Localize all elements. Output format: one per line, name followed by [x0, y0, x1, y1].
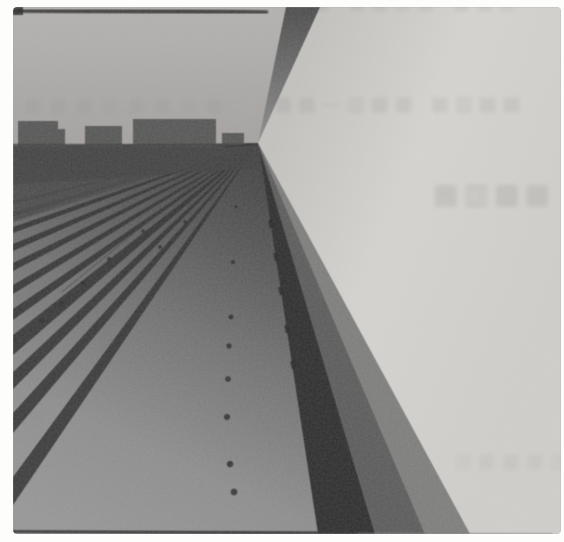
roof-photograph: ▥▦▩ ▦▥▦▩ ▦▥▦▥▩▦▥▦▩▦▩▦▥▦ ▦▩▥—▦▩▦▩▥▦▥▦▩▦▥ — [13, 7, 561, 534]
scanned-book-page: ▥▦▩ ▦▥▦▩ ▦▥▦▥▩▦▥▦▩▦▩▦▥▦ ▦▩▥—▦▩▦▩▥▦▥▦▩▦▥ — [0, 0, 564, 542]
photo-scene — [13, 7, 561, 534]
film-grain — [13, 7, 561, 534]
